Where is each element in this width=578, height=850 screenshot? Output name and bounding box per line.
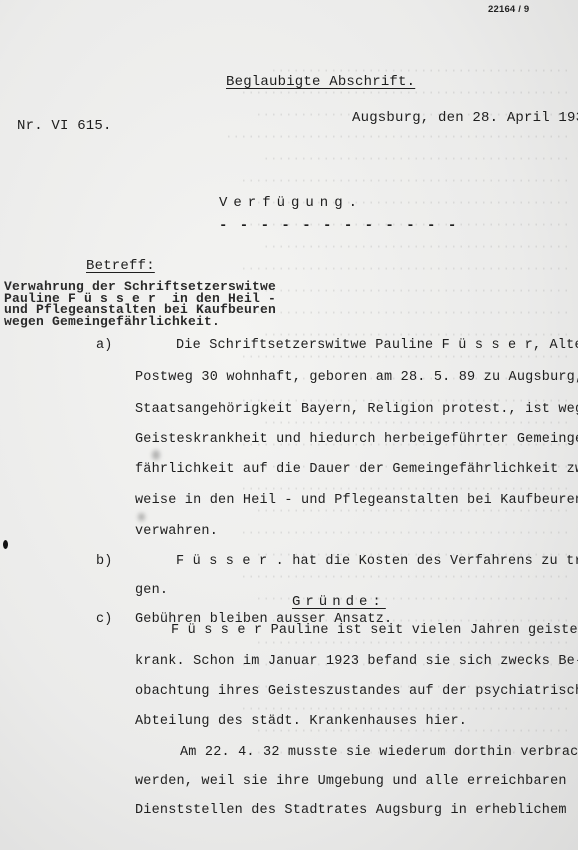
subject-text: Verwahrung der Schriftsetzerswitwe Pauli… bbox=[4, 281, 276, 327]
order-line: F ü s s e r . hat die Kosten des Verfahr… bbox=[176, 554, 578, 569]
subject-label: Betreff: bbox=[86, 258, 155, 274]
order-line: gen. bbox=[135, 583, 168, 598]
order-line: weise in den Heil - und Pflegeanstalten … bbox=[135, 493, 578, 508]
heading-verfuegung: Verfügung. bbox=[219, 195, 363, 211]
reasons-line: Am 22. 4. 32 musste sie wiederum dorthin… bbox=[180, 745, 578, 760]
order-line: Postweg 30 wohnhaft, geboren am 28. 5. 8… bbox=[135, 370, 578, 385]
order-marker: a) bbox=[96, 338, 113, 353]
ink-smudge bbox=[152, 450, 160, 460]
reasons-line: F ü s s e r Pauline ist seit vielen Jahr… bbox=[171, 623, 578, 638]
archive-reference-number: 22164 / 9 bbox=[488, 4, 529, 15]
document-title: Beglaubigte Abschrift. bbox=[226, 74, 415, 90]
document-page: ········································… bbox=[0, 0, 578, 850]
file-number: Nr. VI 615. bbox=[17, 118, 112, 134]
reasons-line: Dienststellen des Stadtrates Augsburg in… bbox=[135, 803, 567, 818]
reasons-line: werden, weil sie ihre Umgebung und alle … bbox=[135, 774, 567, 789]
order-marker: b) bbox=[96, 554, 113, 569]
place-and-date: Augsburg, den 28. April 1932. bbox=[352, 110, 578, 126]
reasons-line: Abteilung des städt. Krankenhauses hier. bbox=[135, 714, 467, 729]
order-line: Die Schriftsetzerswitwe Pauline F ü s s … bbox=[176, 338, 578, 353]
order-line: fährlichkeit auf die Dauer der Gemeingef… bbox=[135, 462, 578, 477]
order-line: Staatsangehörigkeit Bayern, Religion pro… bbox=[135, 402, 578, 417]
order-marker: c) bbox=[96, 612, 113, 627]
ink-smudge bbox=[138, 513, 145, 521]
reasons-line: obachtung ihres Geisteszustandes auf der… bbox=[135, 684, 578, 699]
heading-rule: - - - - - - - - - - - - bbox=[219, 218, 458, 234]
reasons-line: krank. Schon im Januar 1923 befand sie s… bbox=[135, 654, 578, 669]
reasons-heading: Gründe: bbox=[292, 594, 386, 610]
order-line: Geisteskrankheit und hiedurch herbeigefü… bbox=[135, 432, 578, 447]
order-line: verwahren. bbox=[135, 524, 218, 539]
ink-mark bbox=[3, 540, 8, 549]
